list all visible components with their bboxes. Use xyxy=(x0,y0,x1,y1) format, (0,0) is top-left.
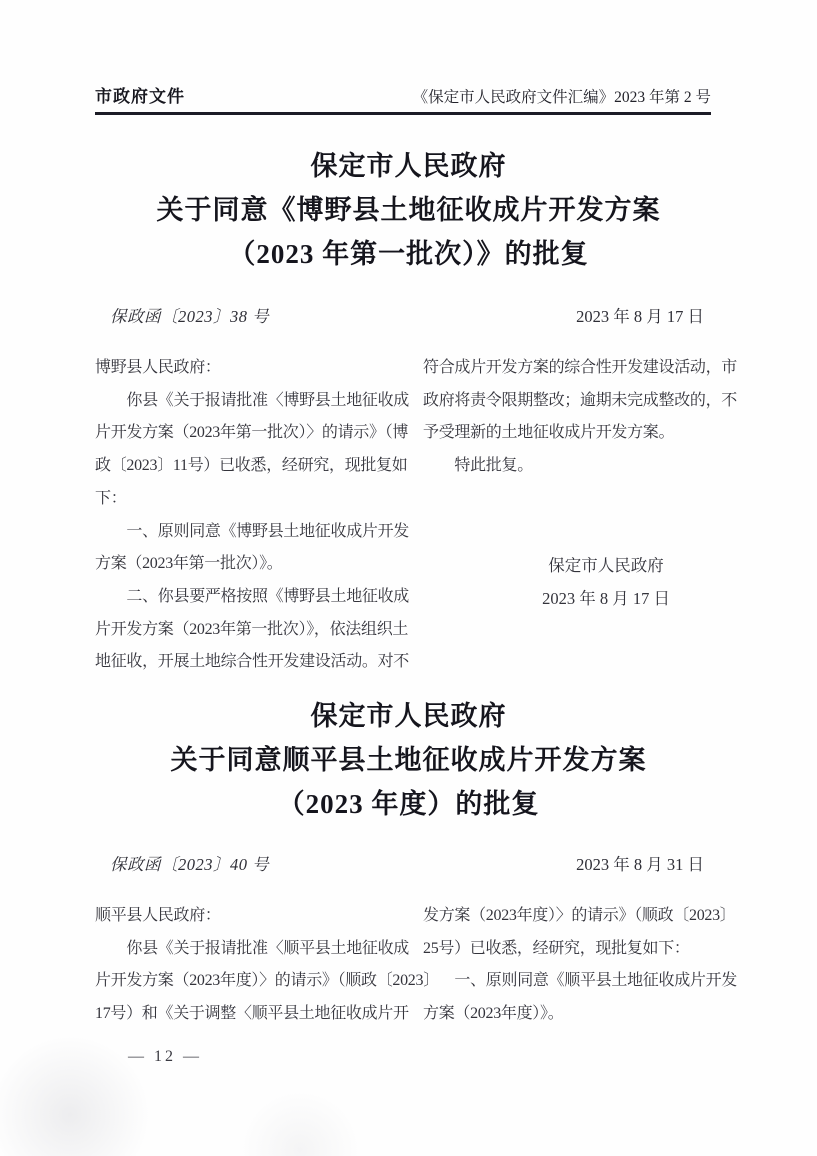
doc1-left-column: 博野县人民政府： 你县《关于报请批准〈博野县土地征收成 片开发方案（2023年第… xyxy=(95,352,411,679)
body-line: 政〔2023〕11号）已收悉，经研究，现批复如 xyxy=(95,450,411,483)
doc1-meta-row: 保政函〔2023〕38 号 2023 年 8 月 17 日 xyxy=(110,303,704,327)
doc1-document-number: 保政函〔2023〕38 号 xyxy=(110,303,269,327)
body-line: 顺平县人民政府： xyxy=(95,900,411,933)
doc2-document-number: 保政函〔2023〕40 号 xyxy=(110,851,269,875)
body-line: 下： xyxy=(95,483,411,516)
body-line: 片开发方案（2023年度）〉的请示》（顺政〔2023〕 xyxy=(95,965,411,998)
body-line: 25号）已收悉，经研究，现批复如下： xyxy=(423,933,739,966)
doc2-title-line-2: 关于同意顺平县土地征收成片开发方案 xyxy=(0,738,817,782)
signature-date: 2023 年 8 月 17 日 xyxy=(448,582,764,615)
body-line: 你县《关于报请批准〈顺平县土地征收成 xyxy=(95,933,411,966)
header-category-label: 市政府文件 xyxy=(95,82,185,107)
doc1-right-column: 符合成片开发方案的综合性开发建设活动，市 政府将责令限期整改；逾期未完成整改的，… xyxy=(423,352,739,679)
doc2-left-column: 顺平县人民政府： 你县《关于报请批准〈顺平县土地征收成 片开发方案（2023年度… xyxy=(95,900,411,1031)
document-page: 市政府文件 《保定市人民政府文件汇编》2023 年第 2 号 保定市人民政府 关… xyxy=(0,0,817,1156)
body-line: 17号）和《关于调整〈顺平县土地征收成片开 xyxy=(95,998,411,1031)
doc2-issue-date: 2023 年 8 月 31 日 xyxy=(576,851,704,875)
doc1-body: 博野县人民政府： 你县《关于报请批准〈博野县土地征收成 片开发方案（2023年第… xyxy=(95,352,739,679)
doc2-title-line-3: （2023 年度）的批复 xyxy=(0,782,817,826)
body-line: 政府将责令限期整改；逾期未完成整改的，不 xyxy=(423,385,739,418)
body-line: 一、原则同意《顺平县土地征收成片开发 xyxy=(423,965,739,998)
body-line: 符合成片开发方案的综合性开发建设活动，市 xyxy=(423,352,739,385)
body-line: 博野县人民政府： xyxy=(95,352,411,385)
header-volume-label: 《保定市人民政府文件汇编》2023 年第 2 号 xyxy=(413,85,711,107)
body-line: 二、你县要严格按照《博野县土地征收成 xyxy=(95,581,411,614)
body-line: 方案（2023年度）》。 xyxy=(423,998,739,1031)
body-line: 予受理新的土地征收成片开发方案。 xyxy=(423,417,739,450)
doc2-title-line-1: 保定市人民政府 xyxy=(0,694,817,738)
signature-organization: 保定市人民政府 xyxy=(448,549,764,582)
doc2-body: 顺平县人民政府： 你县《关于报请批准〈顺平县土地征收成 片开发方案（2023年度… xyxy=(95,900,739,1031)
body-line: 片开发方案（2023年第一批次）〉的请示》（博 xyxy=(95,417,411,450)
doc1-title-line-3: （2023 年第一批次）》的批复 xyxy=(0,232,817,276)
body-line: 片开发方案（2023年第一批次）》，依法组织土 xyxy=(95,614,411,647)
body-line: 方案（2023年第一批次）》。 xyxy=(95,548,411,581)
body-line: 地征收，开展土地综合性开发建设活动。对不 xyxy=(95,646,411,679)
doc1-issue-date: 2023 年 8 月 17 日 xyxy=(576,303,704,327)
doc1-title: 保定市人民政府 关于同意《博野县土地征收成片开发方案 （2023 年第一批次）》… xyxy=(0,144,817,276)
doc1-title-line-1: 保定市人民政府 xyxy=(0,144,817,188)
page-footer: — 12 — xyxy=(128,1048,202,1066)
doc2-title: 保定市人民政府 关于同意顺平县土地征收成片开发方案 （2023 年度）的批复 xyxy=(0,694,817,826)
page-header: 市政府文件 《保定市人民政府文件汇编》2023 年第 2 号 xyxy=(95,82,711,115)
doc2-meta-row: 保政函〔2023〕40 号 2023 年 8 月 31 日 xyxy=(110,851,704,875)
body-line: 一、原则同意《博野县土地征收成片开发 xyxy=(95,516,411,549)
body-line: 发方案（2023年度）〉的请示》（顺政〔2023〕 xyxy=(423,900,739,933)
body-line: 特此批复。 xyxy=(423,450,739,483)
doc1-title-line-2: 关于同意《博野县土地征收成片开发方案 xyxy=(0,188,817,232)
page-number: — 12 — xyxy=(128,1048,202,1065)
doc2-right-column: 发方案（2023年度）〉的请示》（顺政〔2023〕 25号）已收悉，经研究，现批… xyxy=(423,900,739,1031)
body-line: 你县《关于报请批准〈博野县土地征收成 xyxy=(95,385,411,418)
doc1-signature-block: 保定市人民政府 2023 年 8 月 17 日 xyxy=(448,549,764,615)
